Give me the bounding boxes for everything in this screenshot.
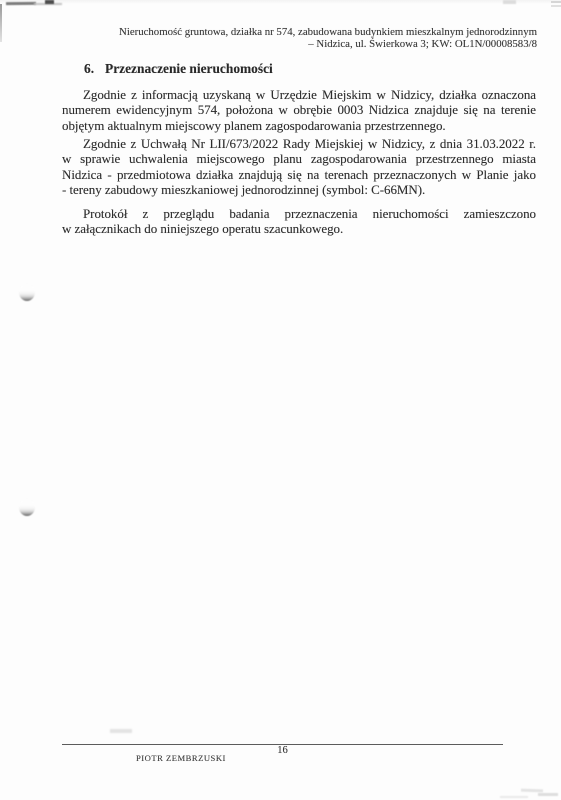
scan-artifact-bottom-smudge-3 (500, 796, 528, 798)
scan-artifact-top-right-mark (503, 0, 516, 4)
body-paragraph-3: Protokół z przeglądu badania przeznaczen… (62, 206, 536, 237)
scan-edge-shading (0, 0, 561, 4)
page-header: Nieruchomość gruntowa, działka nr 574, z… (60, 27, 537, 51)
text-line: w sprawie uchwalenia miejscowego planu z… (62, 151, 536, 166)
text-line: Protokół z przeglądu badania przeznaczen… (62, 206, 536, 221)
scan-artifact-top-left-mark (45, 0, 54, 4)
scan-artifact-top-right-smudge-1 (551, 1, 561, 3)
text-line: Zgodnie z Uchwałą Nr LII/673/2022 Rady M… (62, 136, 536, 151)
header-line-2: – Nidzica, ul. Świerkowa 3; KW: OL1N/000… (60, 39, 537, 51)
section-title: Przeznaczenie nieruchomości (105, 61, 273, 76)
page-number: 16 (62, 745, 503, 756)
body-paragraph-2: Zgodnie z Uchwałą Nr LII/673/2022 Rady M… (62, 136, 536, 197)
scan-artifact-bottom-smudge-2 (538, 793, 558, 796)
scan-artifact-left-edge-line (0, 4, 2, 42)
scanned-document-page: Nieruchomość gruntowa, działka nr 574, z… (0, 0, 561, 800)
text-line: w załącznikach do niniejszego operatu sz… (62, 221, 536, 236)
section-heading: 6.Przeznaczenie nieruchomości (84, 61, 273, 77)
scan-artifact-top-right-smudge-2 (551, 5, 561, 7)
text-line: numerem ewidencyjnym 574, położona w obr… (62, 102, 536, 117)
section-number: 6. (84, 61, 94, 76)
footer-author-name: PIOTR ZEMBRZUSKI (136, 753, 226, 763)
scan-artifact-footer-smudge (110, 729, 132, 733)
text-line: Nidzica - przedmiotowa działka znajdują … (62, 167, 536, 182)
text-line: - tereny zabudowy mieszkaniowej jednorod… (62, 182, 536, 197)
hole-punch-mark-lower (19, 499, 35, 516)
hole-punch-mark-upper (19, 284, 35, 301)
text-line: objętym aktualnym miejscowy planem zagos… (62, 118, 536, 133)
body-paragraph-1: Zgodnie z informacją uzyskaną w Urzędzie… (62, 87, 536, 133)
scan-artifact-bottom-smudge-1 (521, 789, 543, 793)
text-line: Zgodnie z informacją uzyskaną w Urzędzie… (62, 87, 536, 102)
scan-artifact-top-left-streak (6, 2, 36, 5)
